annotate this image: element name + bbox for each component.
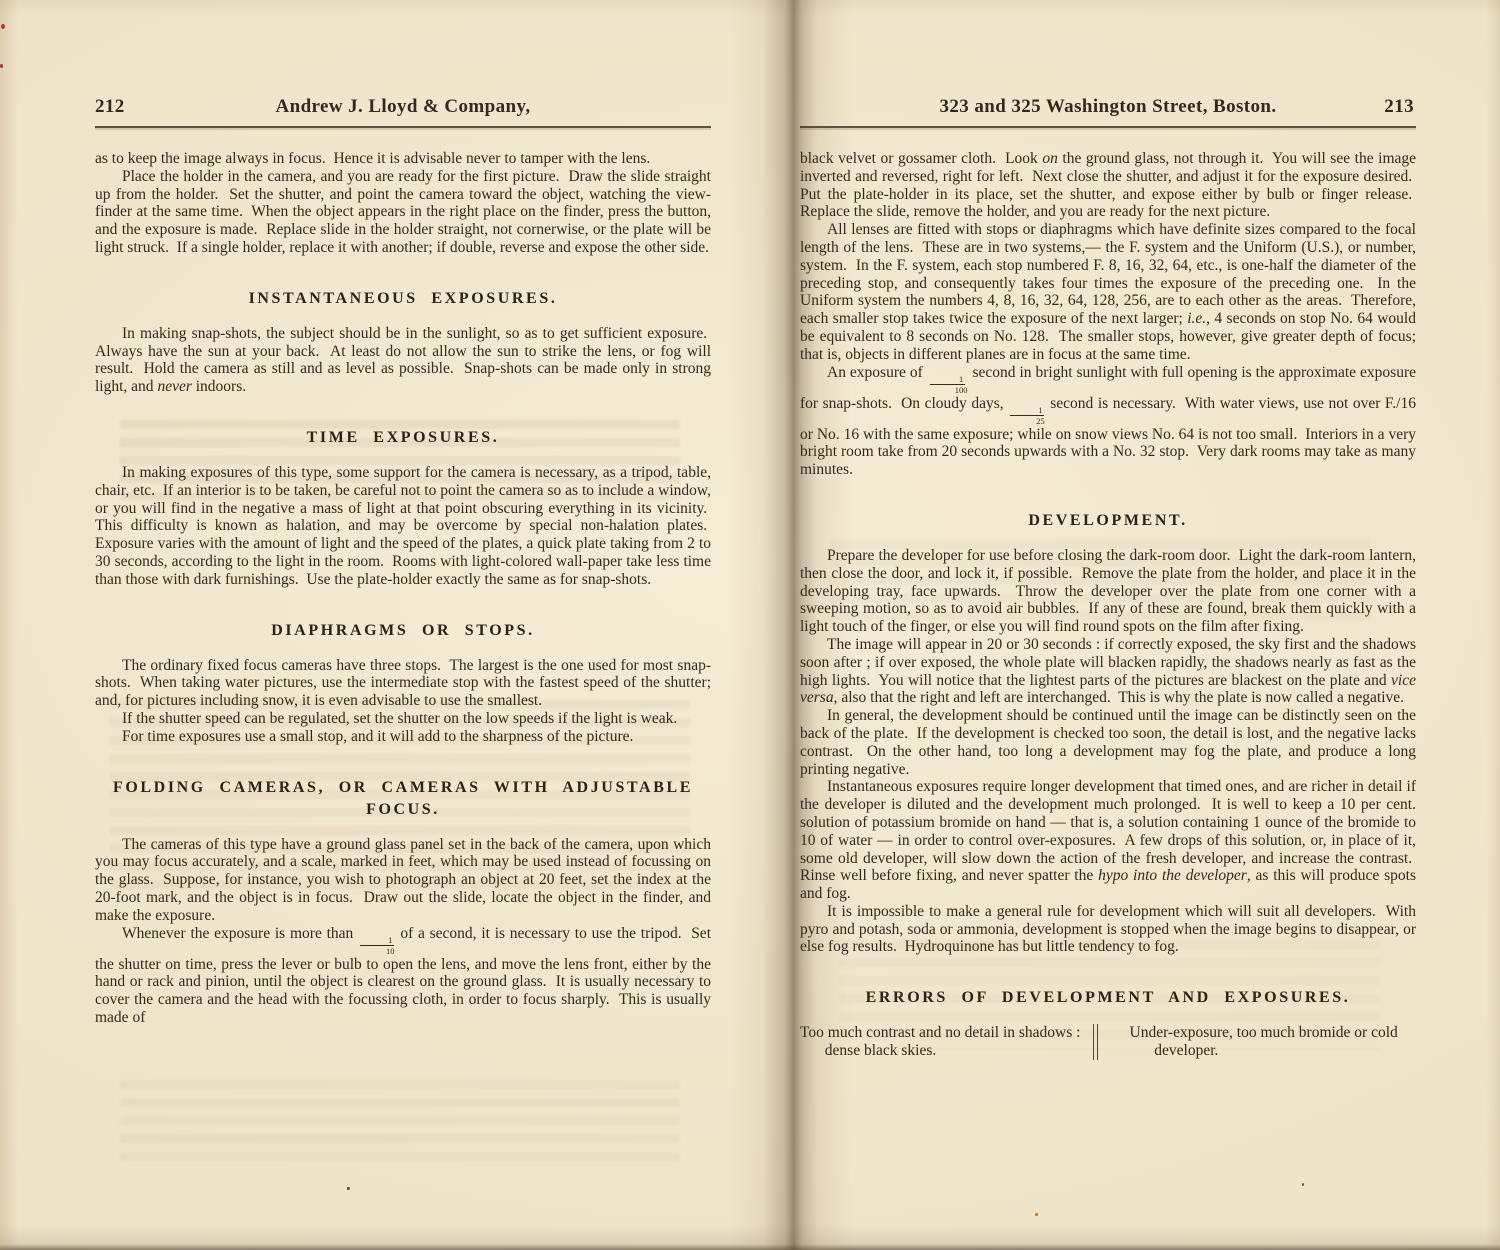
paragraph: An exposure of 1100 second in bright sun… <box>800 364 1416 479</box>
running-head: Andrew J. Lloyd & Company, <box>95 96 711 118</box>
fraction: 110 <box>359 936 395 956</box>
book-spread: 212 Andrew J. Lloyd & Company, as to kee… <box>0 0 1500 1250</box>
showthrough-band <box>120 1080 680 1170</box>
paragraph: In making snap-shots, the subject should… <box>95 325 711 396</box>
page-body: black velvet or gossamer cloth. Look on … <box>800 150 1416 1060</box>
errors-left-cell: Too much contrast and no detail in shado… <box>800 1024 1081 1060</box>
errors-columns: Too much contrast and no detail in shado… <box>800 1024 1416 1060</box>
italic-text: vice versa <box>800 672 1416 707</box>
italic-text: i.e. <box>1187 310 1206 327</box>
paragraph: The cameras of this type have a ground g… <box>95 836 711 925</box>
page-number: 212 <box>95 96 125 118</box>
header-rule <box>800 126 1416 128</box>
fraction: 1100 <box>928 375 968 395</box>
paragraph: All lenses are fitted with stops or diap… <box>800 221 1416 363</box>
paragraph: black velvet or gossamer cloth. Look on … <box>800 150 1416 221</box>
double-rule-divider <box>1093 1024 1098 1060</box>
section-heading: INSTANTANEOUS EXPOSURES. <box>95 288 711 310</box>
page-body: as to keep the image always in focus. He… <box>95 150 711 1027</box>
fraction: 125 <box>1009 406 1045 426</box>
paper-speck <box>1302 1183 1304 1186</box>
paper-speck <box>1 24 5 29</box>
paragraph: as to keep the image always in focus. He… <box>95 150 711 168</box>
paragraph: The ordinary fixed focus cameras have th… <box>95 657 711 710</box>
section-heading: FOLDING CAMERAS, OR CAMERAS WITH ADJUSTA… <box>95 777 711 821</box>
paragraph: Instantaneous exposures require longer d… <box>800 778 1416 903</box>
paper-speck <box>347 1187 350 1190</box>
italic-text: never <box>157 378 191 395</box>
italic-text: hypo into the developer <box>1098 867 1247 884</box>
italic-text: on <box>1042 150 1058 167</box>
page-left: 212 Andrew J. Lloyd & Company, as to kee… <box>95 96 711 1027</box>
running-head: 323 and 325 Washington Street, Boston. <box>800 96 1416 118</box>
errors-right-cell: Under-exposure, too much bromide or cold… <box>1108 1024 1417 1060</box>
paragraph: If the shutter speed can be regulated, s… <box>95 710 711 728</box>
page-number: 213 <box>1384 96 1414 118</box>
paragraph: It is impossible to make a general rule … <box>800 903 1416 956</box>
paper-speck <box>0 64 3 68</box>
paper-speck <box>1035 1213 1038 1216</box>
section-heading: ERRORS OF DEVELOPMENT AND EXPOSURES. <box>800 987 1416 1009</box>
paragraph: For time exposures use a small stop, and… <box>95 728 711 746</box>
paragraph: Prepare the developer for use before clo… <box>800 547 1416 636</box>
paragraph: Place the holder in the camera, and you … <box>95 168 711 257</box>
page-header-right: 323 and 325 Washington Street, Boston. 2… <box>800 96 1416 122</box>
section-heading: DEVELOPMENT. <box>800 510 1416 532</box>
section-heading: TIME EXPOSURES. <box>95 427 711 449</box>
paragraph: Whenever the exposure is more than 110 o… <box>95 925 711 1027</box>
page-header-left: 212 Andrew J. Lloyd & Company, <box>95 96 711 122</box>
paragraph: In making exposures of this type, some s… <box>95 464 711 589</box>
paragraph: In general, the development should be co… <box>800 707 1416 778</box>
section-heading: DIAPHRAGMS OR STOPS. <box>95 620 711 642</box>
paragraph: The image will appear in 20 or 30 second… <box>800 636 1416 707</box>
header-rule <box>95 126 711 128</box>
page-right: 323 and 325 Washington Street, Boston. 2… <box>800 96 1416 1060</box>
